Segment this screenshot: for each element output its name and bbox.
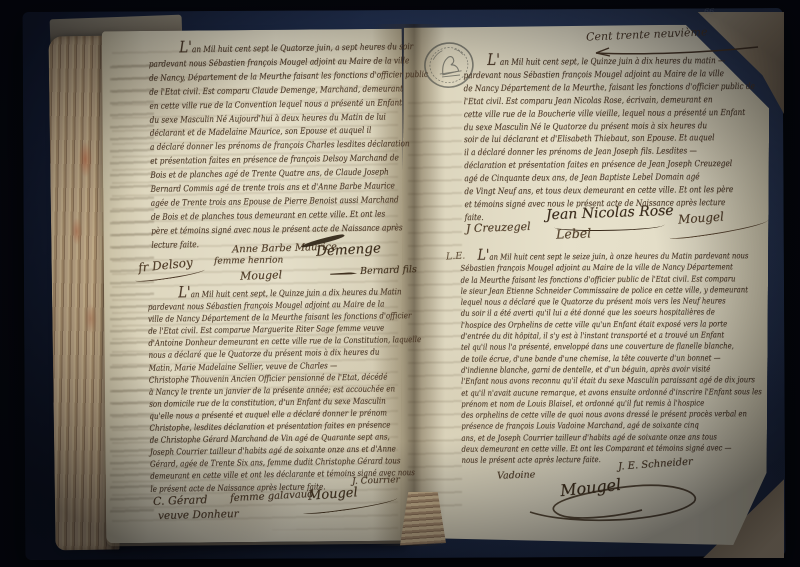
foundling-act-right-2: L'an Mil huit cent sept le seize juin, à… (460, 249, 749, 466)
register-photo: Cent trente neuvième 66 L.E. L'an Mil hu… (0, 0, 800, 567)
signature-mougel: Mougel (678, 209, 725, 226)
signature-mougel: Mougel (240, 268, 282, 282)
birth-act-left-2: L'an Mil huit cent sept, le Quinze juin … (148, 285, 403, 494)
signature-femme-henrion: femme henrion (214, 255, 283, 266)
signature-gerard: C. Gérard (153, 493, 208, 508)
signature-mougel: Mougel (308, 485, 359, 503)
signature-lebel: Lebel (556, 225, 592, 241)
birth-act-right-1: L'an Mil huit cent sept, le Quinze juin … (463, 54, 748, 225)
birth-act-left-1: L'an Mil huit cent sept le Quatorze juin… (149, 40, 404, 253)
signature-veuve-donheur: veuve Donheur (158, 508, 239, 522)
signature-courrier: J. Courrier (352, 475, 400, 487)
signature-bernard-fils: Bernard fils (360, 264, 417, 277)
background-mark: 66 (704, 7, 714, 16)
signature-creuzegel: J Creuzegel (466, 220, 531, 235)
signature-flourish-icon (522, 470, 707, 528)
signature-demenge: Demenge (316, 240, 382, 259)
signature-jean-nicolas-rose: Jean Nicolas Rose (546, 203, 674, 223)
